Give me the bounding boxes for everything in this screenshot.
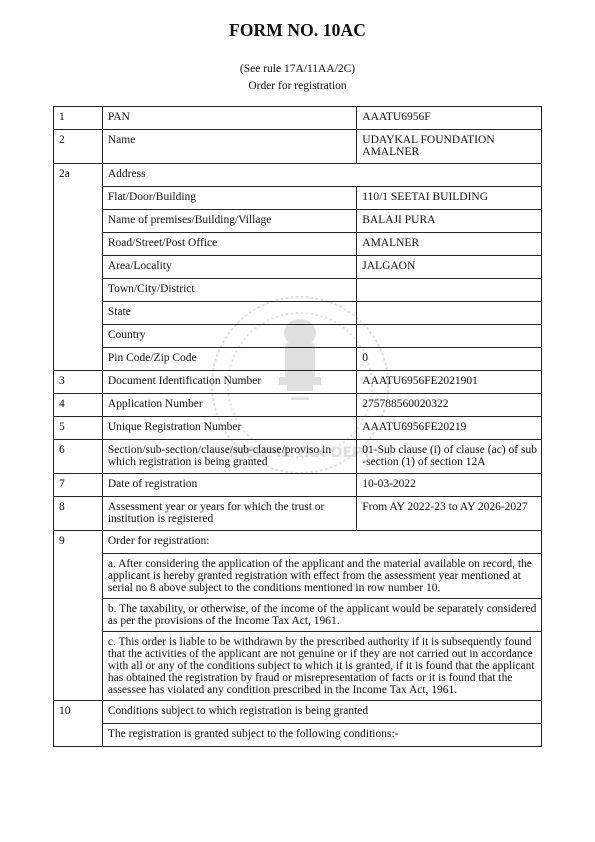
address-field-label: Area/Locality: [102, 256, 356, 279]
row-number: 10: [54, 701, 103, 747]
address-field-label: Flat/Door/Building: [102, 187, 356, 210]
address-row: Area/Locality JALGAON: [54, 256, 542, 279]
field-label: Unique Registration Number: [102, 417, 356, 440]
row-order: 9 Order for registration:: [54, 531, 542, 554]
form-subtitle: Order for registration: [0, 80, 595, 92]
row-number: 6: [54, 440, 103, 474]
address-field-value: [357, 325, 542, 348]
address-field-label: Town/City/District: [102, 279, 356, 302]
order-paragraph-row: a. After considering the application of …: [54, 554, 542, 599]
address-field-label: State: [102, 302, 356, 325]
row-name: 2 Name UDAYKAL FOUNDATION AMALNER: [54, 130, 542, 164]
field-label: Conditions subject to which registration…: [102, 701, 541, 724]
address-row: Road/Street/Post Office AMALNER: [54, 233, 542, 256]
row-number: 3: [54, 371, 103, 394]
row-number: 1: [54, 107, 103, 130]
pan-value: AAATU6956F: [357, 107, 542, 130]
field-label: PAN: [102, 107, 356, 130]
row-document-id: 3 Document Identification Number AAATU69…: [54, 371, 542, 394]
address-field-label: Country: [102, 325, 356, 348]
row-address: 2a Address: [54, 164, 542, 187]
order-paragraph-b: b. The taxability, or otherwise, of the …: [102, 599, 541, 632]
address-field-value: 110/1 SEETAI BUILDING: [357, 187, 542, 210]
document-id-value: AAATU6956FE2021901: [357, 371, 542, 394]
field-label: Address: [102, 164, 541, 187]
application-number-value: 275788560020322: [357, 394, 542, 417]
registration-table: 1 PAN AAATU6956F 2 Name UDAYKAL FOUNDATI…: [53, 106, 542, 747]
order-paragraph-row: c. This order is liable to be withdrawn …: [54, 632, 542, 701]
row-pan: 1 PAN AAATU6956F: [54, 107, 542, 130]
address-row: Town/City/District: [54, 279, 542, 302]
row-number: 2a: [54, 164, 103, 371]
order-paragraph-a: a. After considering the application of …: [102, 554, 541, 599]
row-date-of-registration: 7 Date of registration 10-03-2022: [54, 474, 542, 497]
field-label: Section/sub-section/clause/sub-clause/pr…: [102, 440, 356, 474]
row-section: 6 Section/sub-section/clause/sub-clause/…: [54, 440, 542, 474]
field-label: Assessment year or years for which the t…: [102, 497, 356, 531]
row-number: 5: [54, 417, 103, 440]
row-number: 4: [54, 394, 103, 417]
address-field-value: AMALNER: [357, 233, 542, 256]
row-unique-registration-number: 5 Unique Registration Number AAATU6956FE…: [54, 417, 542, 440]
field-label: Order for registration:: [102, 531, 541, 554]
conditions-intro-row: The registration is granted subject to t…: [54, 724, 542, 747]
address-field-value: JALGAON: [357, 256, 542, 279]
row-number: 7: [54, 474, 103, 497]
address-field-value: [357, 279, 542, 302]
row-number: 2: [54, 130, 103, 164]
urn-value: AAATU6956FE20219: [357, 417, 542, 440]
row-number: 8: [54, 497, 103, 531]
address-field-value: 0: [357, 348, 542, 371]
order-paragraph-c: c. This order is liable to be withdrawn …: [102, 632, 541, 701]
row-assessment-years: 8 Assessment year or years for which the…: [54, 497, 542, 531]
address-row: Pin Code/Zip Code 0: [54, 348, 542, 371]
address-field-value: [357, 302, 542, 325]
order-paragraph-row: b. The taxability, or otherwise, of the …: [54, 599, 542, 632]
form-title: FORM NO. 10AC: [0, 20, 595, 41]
row-number: 9: [54, 531, 103, 701]
registration-date-value: 10-03-2022: [357, 474, 542, 497]
form-rule-reference: (See rule 17A/11AA/2C): [0, 63, 595, 75]
name-value: UDAYKAL FOUNDATION AMALNER: [357, 130, 542, 164]
address-field-label: Name of premises/Building/Village: [102, 210, 356, 233]
field-label: Document Identification Number: [102, 371, 356, 394]
address-field-label: Pin Code/Zip Code: [102, 348, 356, 371]
row-conditions: 10 Conditions subject to which registrat…: [54, 701, 542, 724]
address-field-label: Road/Street/Post Office: [102, 233, 356, 256]
address-row: Flat/Door/Building 110/1 SEETAI BUILDING: [54, 187, 542, 210]
field-label: Application Number: [102, 394, 356, 417]
assessment-years-value: From AY 2022-23 to AY 2026-2027: [357, 497, 542, 531]
address-row: Country: [54, 325, 542, 348]
conditions-intro: The registration is granted subject to t…: [102, 724, 541, 747]
address-row: Name of premises/Building/Village BALAJI…: [54, 210, 542, 233]
address-row: State: [54, 302, 542, 325]
field-label: Name: [102, 130, 356, 164]
section-value: 01-Sub clause (i) of clause (ac) of sub …: [357, 440, 542, 474]
address-field-value: BALAJI PURA: [357, 210, 542, 233]
row-application-number: 4 Application Number 275788560020322: [54, 394, 542, 417]
field-label: Date of registration: [102, 474, 356, 497]
